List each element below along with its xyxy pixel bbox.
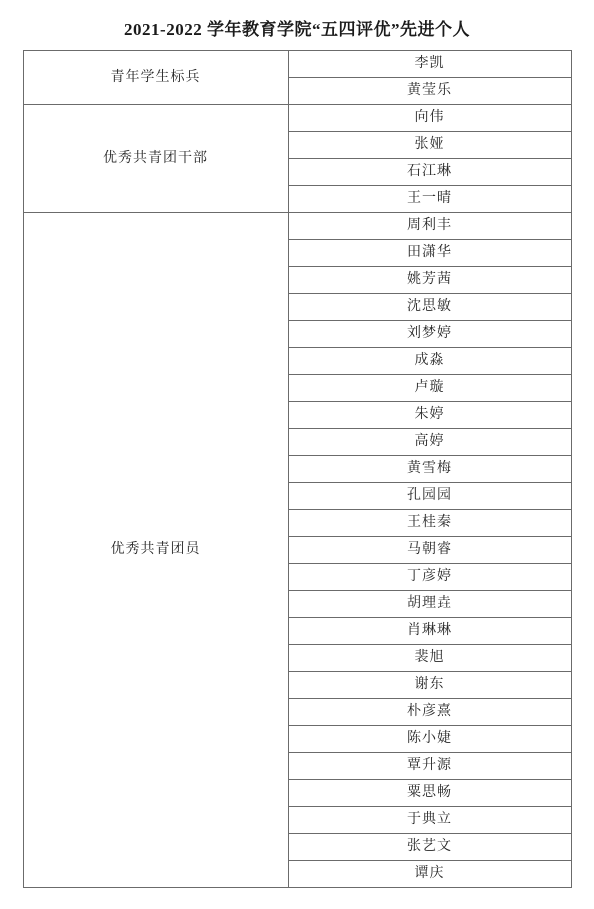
name-cell: 成淼 <box>288 348 571 375</box>
name-cell: 卢璇 <box>288 375 571 402</box>
category-cell: 青年学生标兵 <box>23 51 288 105</box>
table-row: 青年学生标兵李凯 <box>23 51 571 78</box>
name-cell: 沈思敏 <box>288 294 571 321</box>
name-cell: 李凯 <box>288 51 571 78</box>
name-cell: 姚芳茜 <box>288 267 571 294</box>
name-cell: 田潇华 <box>288 240 571 267</box>
awards-table: 青年学生标兵李凯黄莹乐优秀共青团干部向伟张娅石江琳王一晴优秀共青团员周利丰田潇华… <box>23 50 572 888</box>
table-row: 优秀共青团干部向伟 <box>23 105 571 132</box>
name-cell: 黄莹乐 <box>288 78 571 105</box>
name-cell: 石江琳 <box>288 159 571 186</box>
category-cell: 优秀共青团员 <box>23 213 288 888</box>
name-cell: 黄雪梅 <box>288 456 571 483</box>
name-cell: 刘梦婷 <box>288 321 571 348</box>
name-cell: 周利丰 <box>288 213 571 240</box>
name-cell: 高婷 <box>288 429 571 456</box>
name-cell: 王桂秦 <box>288 510 571 537</box>
name-cell: 王一晴 <box>288 186 571 213</box>
page-title: 2021-2022 学年教育学院“五四评优”先进个人 <box>0 0 594 40</box>
name-cell: 朴彦熹 <box>288 699 571 726</box>
name-cell: 粟思畅 <box>288 780 571 807</box>
name-cell: 谢东 <box>288 672 571 699</box>
awards-table-body: 青年学生标兵李凯黄莹乐优秀共青团干部向伟张娅石江琳王一晴优秀共青团员周利丰田潇华… <box>23 51 571 888</box>
name-cell: 陈小婕 <box>288 726 571 753</box>
name-cell: 谭庆 <box>288 861 571 888</box>
name-cell: 向伟 <box>288 105 571 132</box>
document-page: 2021-2022 学年教育学院“五四评优”先进个人 青年学生标兵李凯黄莹乐优秀… <box>0 0 594 909</box>
name-cell: 于典立 <box>288 807 571 834</box>
name-cell: 孔园园 <box>288 483 571 510</box>
name-cell: 张娅 <box>288 132 571 159</box>
table-row: 优秀共青团员周利丰 <box>23 213 571 240</box>
name-cell: 裴旭 <box>288 645 571 672</box>
name-cell: 丁彦婷 <box>288 564 571 591</box>
name-cell: 胡理垚 <box>288 591 571 618</box>
name-cell: 肖琳琳 <box>288 618 571 645</box>
name-cell: 覃升源 <box>288 753 571 780</box>
name-cell: 马朝睿 <box>288 537 571 564</box>
name-cell: 张艺文 <box>288 834 571 861</box>
name-cell: 朱婷 <box>288 402 571 429</box>
category-cell: 优秀共青团干部 <box>23 105 288 213</box>
